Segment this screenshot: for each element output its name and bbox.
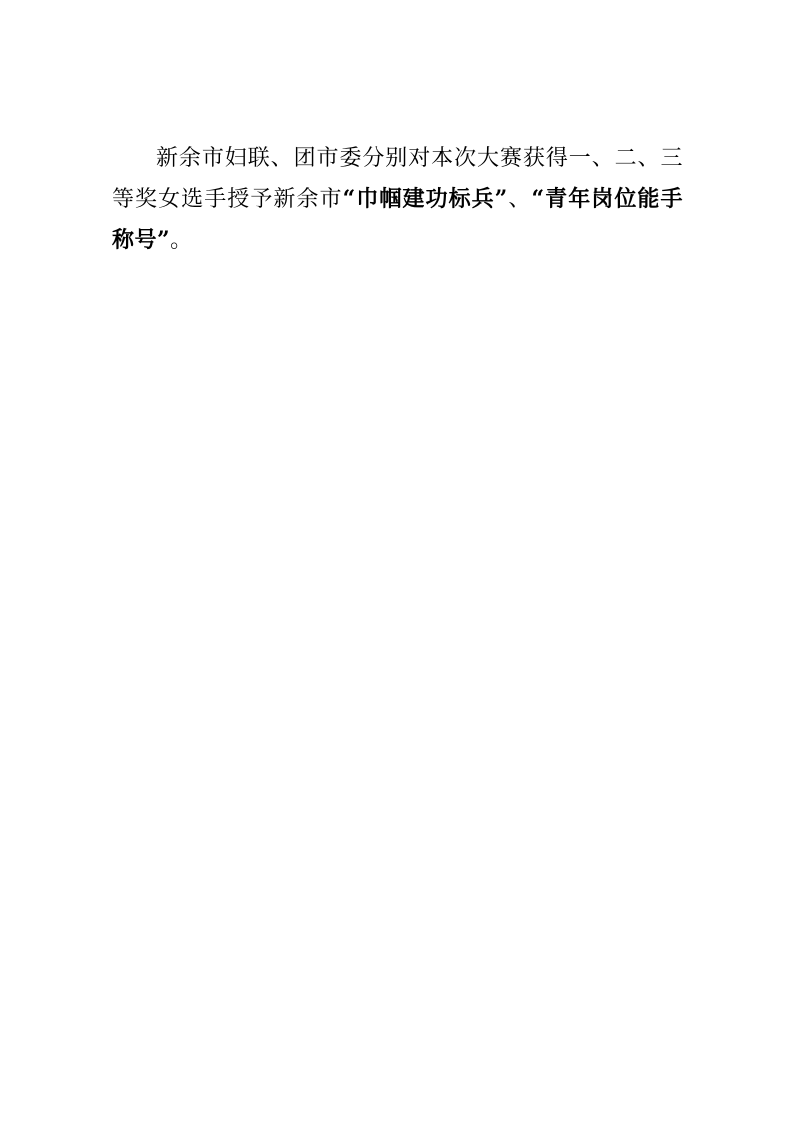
text-run-fullstop: 。 [170, 228, 193, 253]
text-run-separator: 、 [508, 187, 532, 212]
document-page: 新余市妇联、团市委分别对本次大赛获得一、二、三等奖女选手授予新余市“巾帼建功标兵… [0, 0, 793, 1122]
award-title-jinguo: “巾帼建功标兵” [343, 186, 508, 212]
paragraph: 新余市妇联、团市委分别对本次大赛获得一、二、三等奖女选手授予新余市“巾帼建功标兵… [112, 138, 683, 261]
